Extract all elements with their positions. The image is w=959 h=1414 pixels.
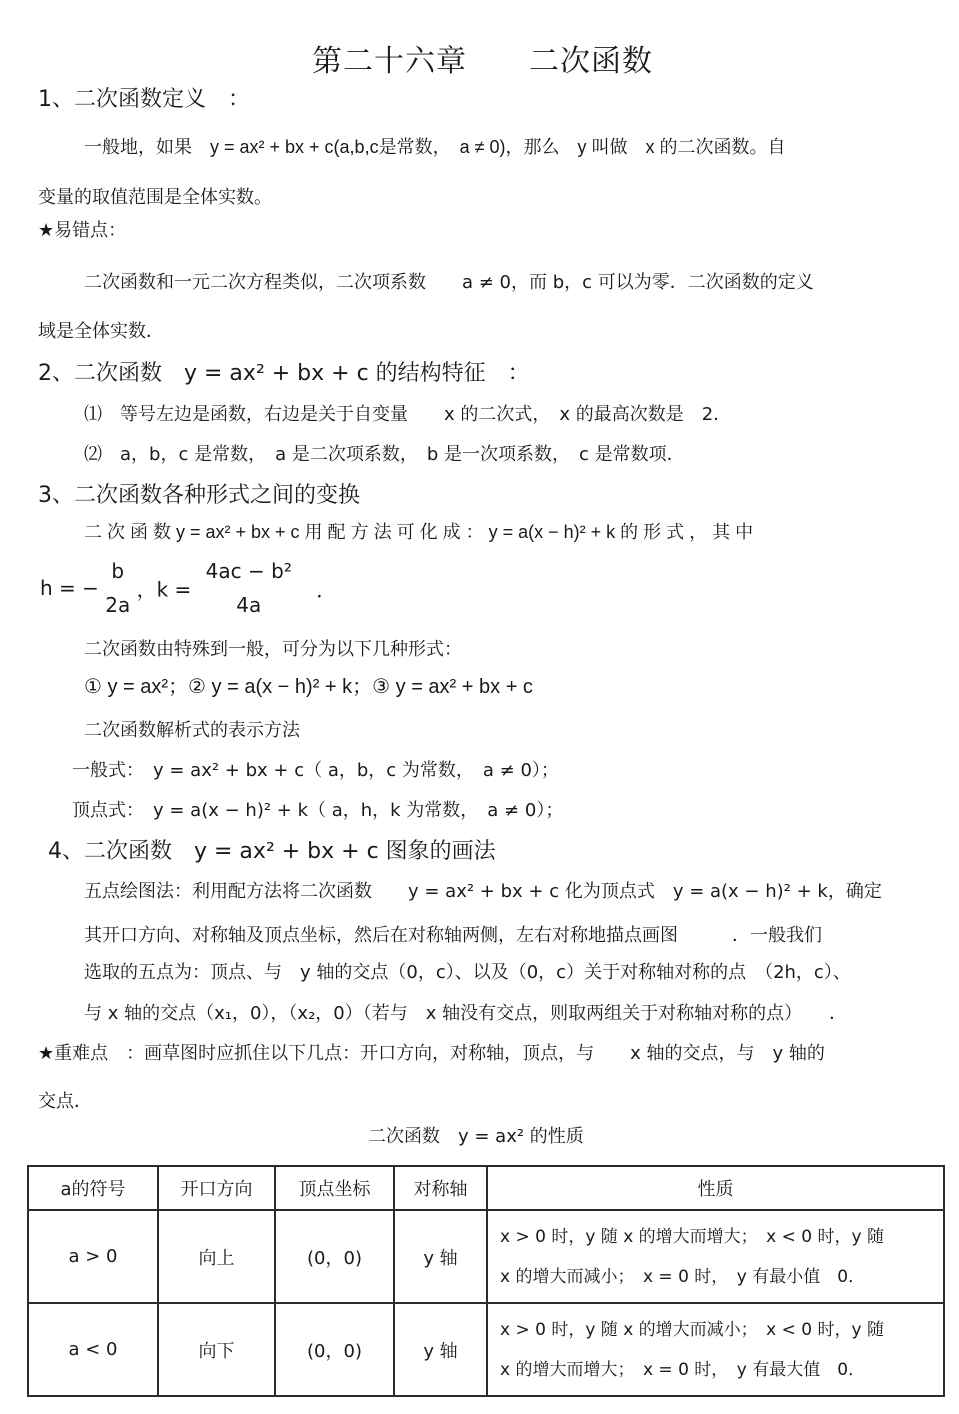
completing-square-line: 二 次 函 数 y = ax² + bx + c 用 配 方 法 可 化 成 ：…: [84, 518, 753, 544]
representation-title: 二次函数解析式的表示方法: [84, 716, 300, 742]
pitfall-label: ★易错点：: [38, 216, 126, 242]
property-line-1: x > 0 时，y 随 x 的增大而减小； x < 0 时，y 随: [500, 1310, 931, 1350]
pitfall-line-2: 域是全体实数．: [38, 317, 164, 343]
k-fraction: 4ac − b² 4a: [206, 554, 292, 622]
key-point-line-2: 交点．: [38, 1087, 92, 1113]
k-numerator: 4ac − b²: [206, 554, 292, 588]
five-point-line-4: 与 x 轴的交点（x₁，0），（x₂，0）（若与 x 轴没有交点，则取两组关于对…: [84, 999, 847, 1025]
property-line-2: x 的增大而减小； x = 0 时， y 有最小值 0．: [500, 1257, 931, 1297]
cell-direction: 向上: [158, 1210, 275, 1303]
header-vertex: 顶点坐标: [275, 1166, 394, 1210]
definition-line-1: 一般地，如果 y = ax² + bx + c(a,b,c是常数， a ≠ 0)…: [84, 133, 785, 159]
cell-axis: y 轴: [394, 1303, 487, 1396]
cell-vertex: (0，0): [275, 1303, 394, 1396]
cell-sign: a > 0: [28, 1210, 158, 1303]
h-label: h = −: [40, 576, 99, 600]
five-point-line-2: 其开口方向、对称轴及顶点坐标，然后在对称轴两侧，左右对称地描点画图 ．一般我们: [84, 921, 822, 947]
table-header-row: a的符号 开口方向 顶点坐标 对称轴 性质: [28, 1166, 944, 1210]
h-fraction: b 2a: [105, 554, 130, 622]
definition-line-2: 变量的取值范围是全体实数。: [38, 183, 272, 209]
cell-sign: a < 0: [28, 1303, 158, 1396]
h-denominator: 2a: [105, 588, 130, 622]
properties-table: a的符号 开口方向 顶点坐标 对称轴 性质 a > 0 向上 (0，0) y 轴…: [27, 1165, 945, 1397]
cell-property: x > 0 时，y 随 x 的增大而减小； x < 0 时，y 随 x 的增大而…: [487, 1303, 944, 1396]
structure-item-2: ⑵ a，b，c 是常数， a 是二次项系数， b 是一次项系数， c 是常数项．: [84, 440, 685, 466]
table-row: a > 0 向上 (0，0) y 轴 x > 0 时，y 随 x 的增大而增大；…: [28, 1210, 944, 1303]
property-line-2: x 的增大而增大； x = 0 时， y 有最大值 0．: [500, 1350, 931, 1390]
cell-direction: 向下: [158, 1303, 275, 1396]
page-title: 第二十六章 二次函数: [312, 36, 653, 80]
k-label: ，k =: [137, 578, 192, 602]
pitfall-line-1: 二次函数和一元二次方程类似，二次项系数 a ≠ 0，而 b，c 可以为零．二次函…: [84, 268, 814, 294]
header-axis: 对称轴: [394, 1166, 487, 1210]
header-property: 性质: [487, 1166, 944, 1210]
structure-item-1: ⑴ 等号左边是函数，右边是关于自变量 x 的二次式， x 的最高次数是 2．: [84, 400, 731, 426]
cell-property: x > 0 时，y 随 x 的增大而增大； x < 0 时，y 随 x 的增大而…: [487, 1210, 944, 1303]
h-numerator: b: [105, 554, 130, 588]
header-direction: 开口方向: [158, 1166, 275, 1210]
five-point-line-1: 五点绘图法：利用配方法将二次函数 y = ax² + bx + c 化为顶点式 …: [84, 877, 882, 903]
vertex-form: 顶点式： y = a(x − h)² + k（ a，h，k 为常数， a ≠ 0…: [72, 796, 563, 822]
property-line-1: x > 0 时，y 随 x 的增大而增大； x < 0 时，y 随: [500, 1217, 931, 1257]
formula-end: ．: [316, 578, 336, 602]
table-row: a < 0 向下 (0，0) y 轴 x > 0 时，y 随 x 的增大而减小；…: [28, 1303, 944, 1396]
header-sign: a的符号: [28, 1166, 158, 1210]
section-2-heading: 2、二次函数 y = ax² + bx + c 的结构特征 ：: [38, 356, 530, 387]
section-1-heading: 1、二次函数定义 ：: [38, 82, 250, 113]
section-4-heading: 4、二次函数 y = ax² + bx + c 图象的画法: [48, 834, 496, 865]
general-form: 一般式： y = ax² + bx + c（ a，b，c 为常数， a ≠ 0）…: [72, 756, 559, 782]
cell-axis: y 轴: [394, 1210, 487, 1303]
k-denominator: 4a: [206, 588, 292, 622]
forms-list: ① y = ax²；② y = a(x − h)² + k；③ y = ax² …: [84, 670, 533, 699]
cell-vertex: (0，0): [275, 1210, 394, 1303]
five-point-line-3: 选取的五点为：顶点、与 y 轴的交点（0，c）、以及（0，c）关于对称轴对称的点…: [84, 958, 851, 984]
forms-intro: 二次函数由特殊到一般，可分为以下几种形式：: [84, 635, 462, 661]
hk-formula: h = − b 2a ，k = 4ac − b² 4a ．: [40, 554, 336, 622]
section-3-heading: 3、二次函数各种形式之间的变换: [38, 478, 360, 509]
table-caption: 二次函数 y = ax² 的性质: [368, 1122, 584, 1148]
key-point-line-1: ★重难点 ：画草图时应抓住以下几点：开口方向，对称轴，顶点，与 x 轴的交点，与…: [38, 1039, 825, 1065]
